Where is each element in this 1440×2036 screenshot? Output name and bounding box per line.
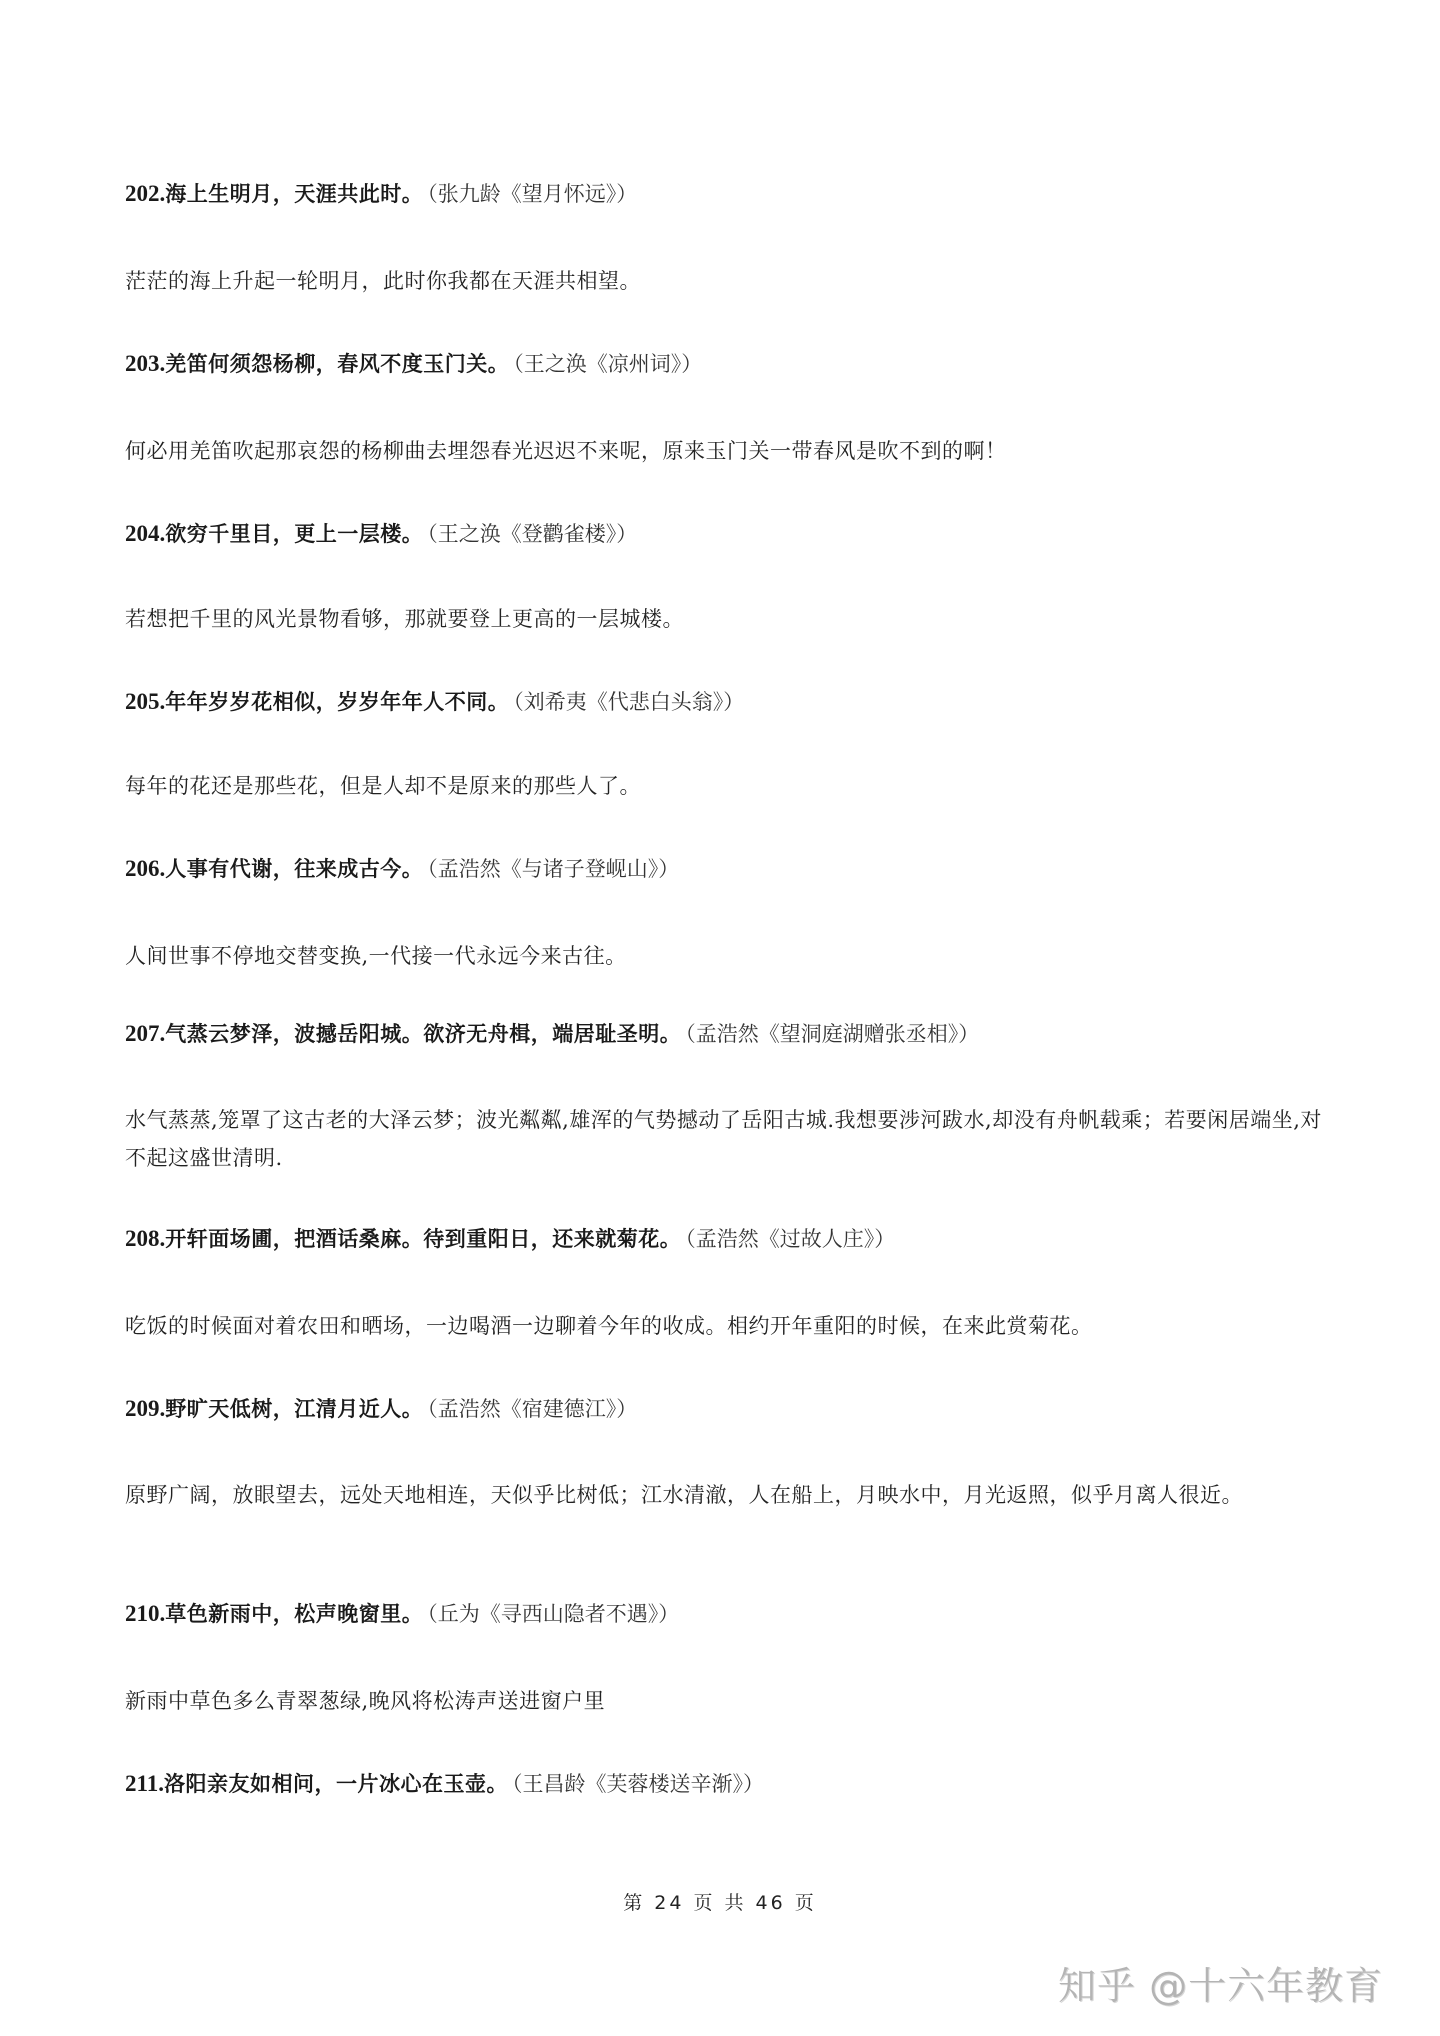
entry-heading: 209.野旷天低树，江清月近人。（孟浩然《宿建德江》） — [125, 1395, 637, 1424]
verse-source: （王之涣《凉州词》） — [513, 352, 702, 376]
verse-source: （张九龄《望月怀远》） — [427, 182, 637, 206]
entry-heading: 211.洛阳亲友如相问，一片冰心在玉壶。（王昌龄《芙蓉楼送辛渐》） — [125, 1770, 764, 1799]
entry-heading: 206.人事有代谢，往来成古今。（孟浩然《与诸子登岘山》） — [125, 855, 679, 884]
document-page: 202.海上生明月，天涯共此时。（张九龄《望月怀远》） 茫茫的海上升起一轮明月，… — [0, 0, 1440, 2036]
verse-translation: 人间世事不停地交替变换,一代接一代永远今来古往。 — [125, 937, 1325, 975]
verse-translation: 新雨中草色多么青翠葱绿,晚风将松涛声送进窗户里 — [125, 1682, 1325, 1720]
verse-text: 气蒸云梦泽，波撼岳阳城。欲济无舟楫，端居耻圣明。 — [165, 1022, 681, 1046]
entry-heading: 210.草色新雨中，松声晚窗里。（丘为《寻西山隐者不遇》） — [125, 1600, 679, 1629]
entry-number: 203. — [125, 351, 165, 376]
verse-translation: 何必用羌笛吹起那哀怨的杨柳曲去埋怨春光迟迟不来呢，原来玉门关一带春风是吹不到的啊… — [125, 432, 1325, 470]
entry-number: 207. — [125, 1021, 165, 1046]
entry-heading: 207.气蒸云梦泽，波撼岳阳城。欲济无舟楫，端居耻圣明。（孟浩然《望洞庭湖赠张丞… — [125, 1020, 979, 1049]
verse-text: 欲穷千里目，更上一层楼。 — [165, 522, 423, 546]
entry-heading: 203.羌笛何须怨杨柳，春风不度玉门关。（王之涣《凉州词》） — [125, 350, 702, 379]
verse-source: （孟浩然《与诸子登岘山》） — [427, 857, 679, 881]
verse-source: （孟浩然《过故人庄》） — [685, 1227, 895, 1251]
entry-number: 209. — [125, 1396, 165, 1421]
entry-number: 202. — [125, 181, 165, 206]
verse-source: （王之涣《登鹳雀楼》） — [427, 522, 637, 546]
verse-text: 开轩面场圃，把酒话桑麻。待到重阳日，还来就菊花。 — [165, 1227, 681, 1251]
verse-translation: 水气蒸蒸,笼罩了这古老的大泽云梦；波光粼粼,雄浑的气势撼动了岳阳古城.我想要涉河… — [125, 1101, 1325, 1177]
entry-number: 211. — [125, 1771, 164, 1796]
entry-number: 208. — [125, 1226, 165, 1251]
entry-number: 210. — [125, 1601, 165, 1626]
verse-translation: 原野广阔，放眼望去，远处天地相连，天似乎比树低；江水清澈，人在船上，月映水中，月… — [125, 1476, 1325, 1514]
verse-source: （孟浩然《望洞庭湖赠张丞相》） — [685, 1022, 979, 1046]
verse-text: 草色新雨中，松声晚窗里。 — [165, 1602, 423, 1626]
verse-translation: 茫茫的海上升起一轮明月，此时你我都在天涯共相望。 — [125, 262, 1325, 300]
entry-number: 204. — [125, 521, 165, 546]
entry-heading: 208.开轩面场圃，把酒话桑麻。待到重阳日，还来就菊花。（孟浩然《过故人庄》） — [125, 1225, 895, 1254]
entry-heading: 205.年年岁岁花相似，岁岁年年人不同。（刘希夷《代悲白头翁》） — [125, 688, 744, 717]
zhihu-watermark: 知乎 @十六年教育 — [1058, 1955, 1383, 2010]
verse-text: 海上生明月，天涯共此时。 — [165, 182, 423, 206]
verse-text: 年年岁岁花相似，岁岁年年人不同。 — [165, 690, 509, 714]
verse-translation: 若想把千里的风光景物看够，那就要登上更高的一层城楼。 — [125, 600, 1325, 638]
verse-text: 野旷天低树，江清月近人。 — [165, 1397, 423, 1421]
page-number-footer: 第 24 页 共 46 页 — [0, 1888, 1440, 1915]
entry-heading: 204.欲穷千里目，更上一层楼。（王之涣《登鹳雀楼》） — [125, 520, 637, 549]
verse-text: 洛阳亲友如相问，一片冰心在玉壶。 — [164, 1772, 508, 1796]
entry-number: 206. — [125, 856, 165, 881]
entry-number: 205. — [125, 689, 165, 714]
verse-source: （王昌龄《芙蓉楼送辛渐》） — [512, 1772, 764, 1796]
verse-source: （孟浩然《宿建德江》） — [427, 1397, 637, 1421]
entry-heading: 202.海上生明月，天涯共此时。（张九龄《望月怀远》） — [125, 180, 637, 209]
verse-text: 人事有代谢，往来成古今。 — [165, 857, 423, 881]
verse-translation: 吃饭的时候面对着农田和晒场，一边喝酒一边聊着今年的收成。相约开年重阳的时候，在来… — [125, 1307, 1325, 1345]
verse-source: （刘希夷《代悲白头翁》） — [513, 690, 744, 714]
verse-source: （丘为《寻西山隐者不遇》） — [427, 1602, 679, 1626]
verse-translation: 每年的花还是那些花，但是人却不是原来的那些人了。 — [125, 767, 1325, 805]
verse-text: 羌笛何须怨杨柳，春风不度玉门关。 — [165, 352, 509, 376]
